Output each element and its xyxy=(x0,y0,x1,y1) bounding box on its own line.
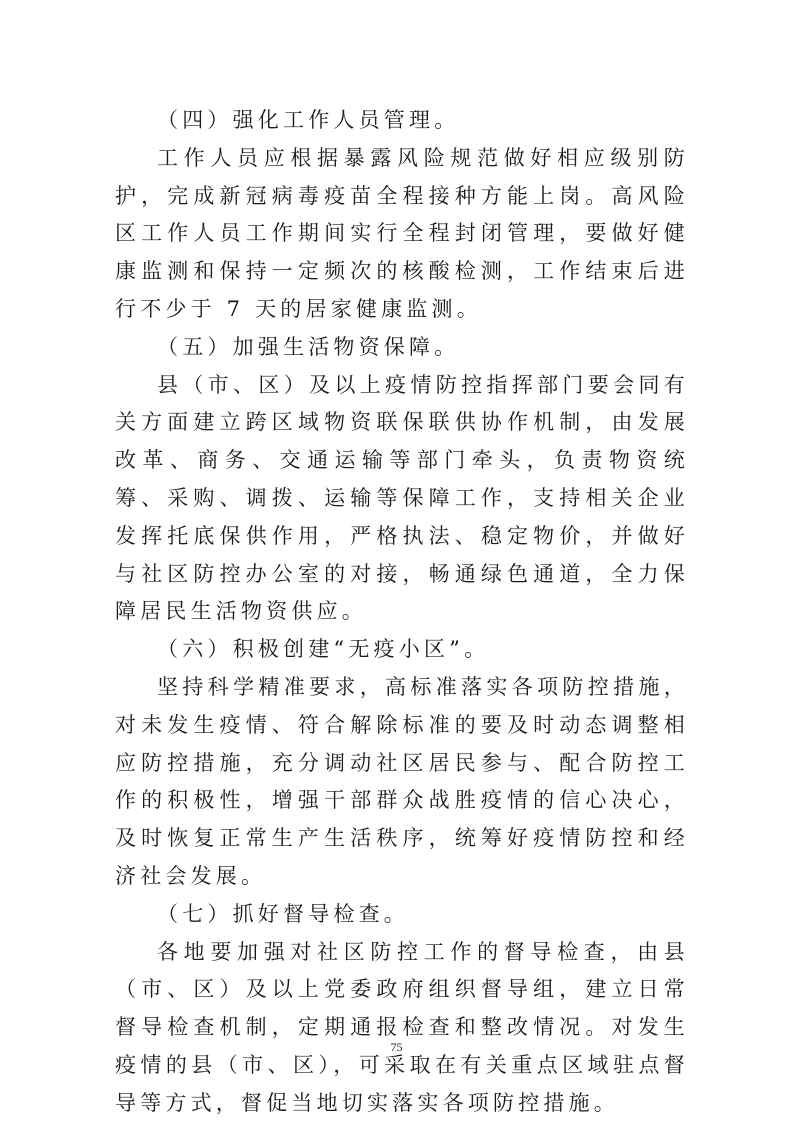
document-page: （四）强化工作人员管理。 工作人员应根据暴露风险规范做好相应级别防护，完成新冠病… xyxy=(115,102,689,1122)
section-heading-6: （六）积极创建“无疫小区”。 xyxy=(115,631,689,669)
section-body-5: 县（市、区）及以上疫情防控指挥部门要会同有关方面建立跨区域物资联保联供协作机制，… xyxy=(115,367,689,632)
section-body-4: 工作人员应根据暴露风险规范做好相应级别防护，完成新冠病毒疫苗全程接种方能上岗。高… xyxy=(115,140,689,329)
section-heading-5: （五）加强生活物资保障。 xyxy=(115,329,689,367)
section-heading-4: （四）强化工作人员管理。 xyxy=(115,102,689,140)
section-body-6: 坚持科学精准要求，高标准落实各项防控措施，对未发生疫情、符合解除标准的要及时动态… xyxy=(115,669,689,896)
section-heading-7: （七）抓好督导检查。 xyxy=(115,896,689,934)
section-body-7: 各地要加强对社区防控工作的督导检查，由县（市、区）及以上党委政府组织督导组，建立… xyxy=(115,934,689,1122)
page-number: 75 xyxy=(0,1040,793,1055)
